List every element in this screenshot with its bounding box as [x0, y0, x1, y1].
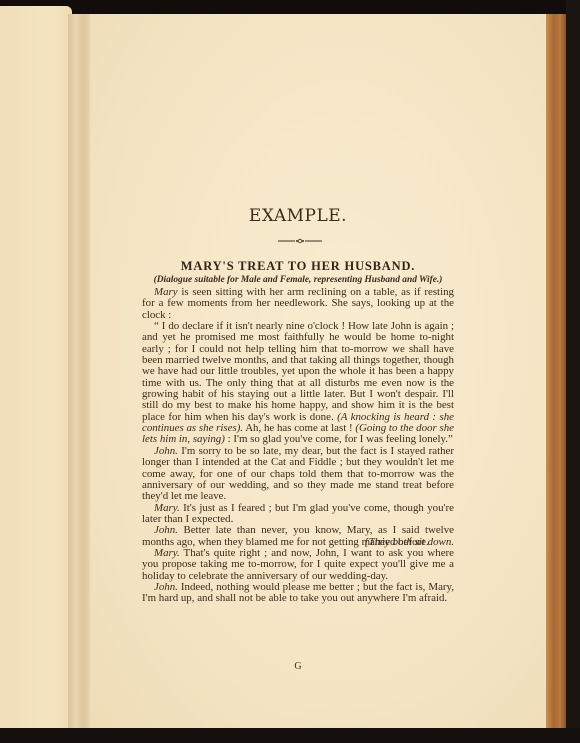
- paragraph-intro: Mary is seen sitting with her arm reclin…: [142, 287, 454, 321]
- left-page: [0, 6, 72, 739]
- paragraph-mary-monologue: “ I do declare if it isn't nearly nine o…: [142, 321, 454, 446]
- paragraph-mary-1: Mary. It's just as I feared ; but I'm gl…: [142, 503, 454, 526]
- speaker-name: John.: [154, 581, 178, 593]
- dialogue-stage-note: (Dialogue suitable for Male and Female, …: [142, 275, 454, 285]
- paragraph-john-2: John. Better late than never, you know, …: [142, 525, 454, 548]
- paragraph-mary-2: Mary. That's quite right ; and now, John…: [142, 548, 454, 582]
- background-edge: [566, 0, 580, 743]
- dialogue-title: MARY'S TREAT TO HER HUSBAND.: [142, 259, 454, 274]
- speaker-name: John.: [154, 445, 178, 457]
- dialogue-body: Mary is seen sitting with her arm reclin…: [142, 287, 454, 605]
- signature-mark: G: [142, 661, 454, 672]
- speaker-name: Mary: [154, 286, 178, 298]
- speaker-name: John.: [154, 524, 178, 536]
- speaker-name: Mary.: [154, 502, 180, 514]
- divider-ornament-icon: [278, 238, 322, 244]
- speaker-name: Mary.: [154, 547, 180, 559]
- bottom-shadow: [0, 728, 580, 743]
- paragraph-john-1: John. I'm sorry to be so late, my dear, …: [142, 446, 454, 503]
- leather-cover-edge: [546, 14, 566, 732]
- page-heading: EXAMPLE.: [142, 206, 454, 226]
- paragraph-john-3: John. Indeed, nothing would please me be…: [142, 582, 454, 605]
